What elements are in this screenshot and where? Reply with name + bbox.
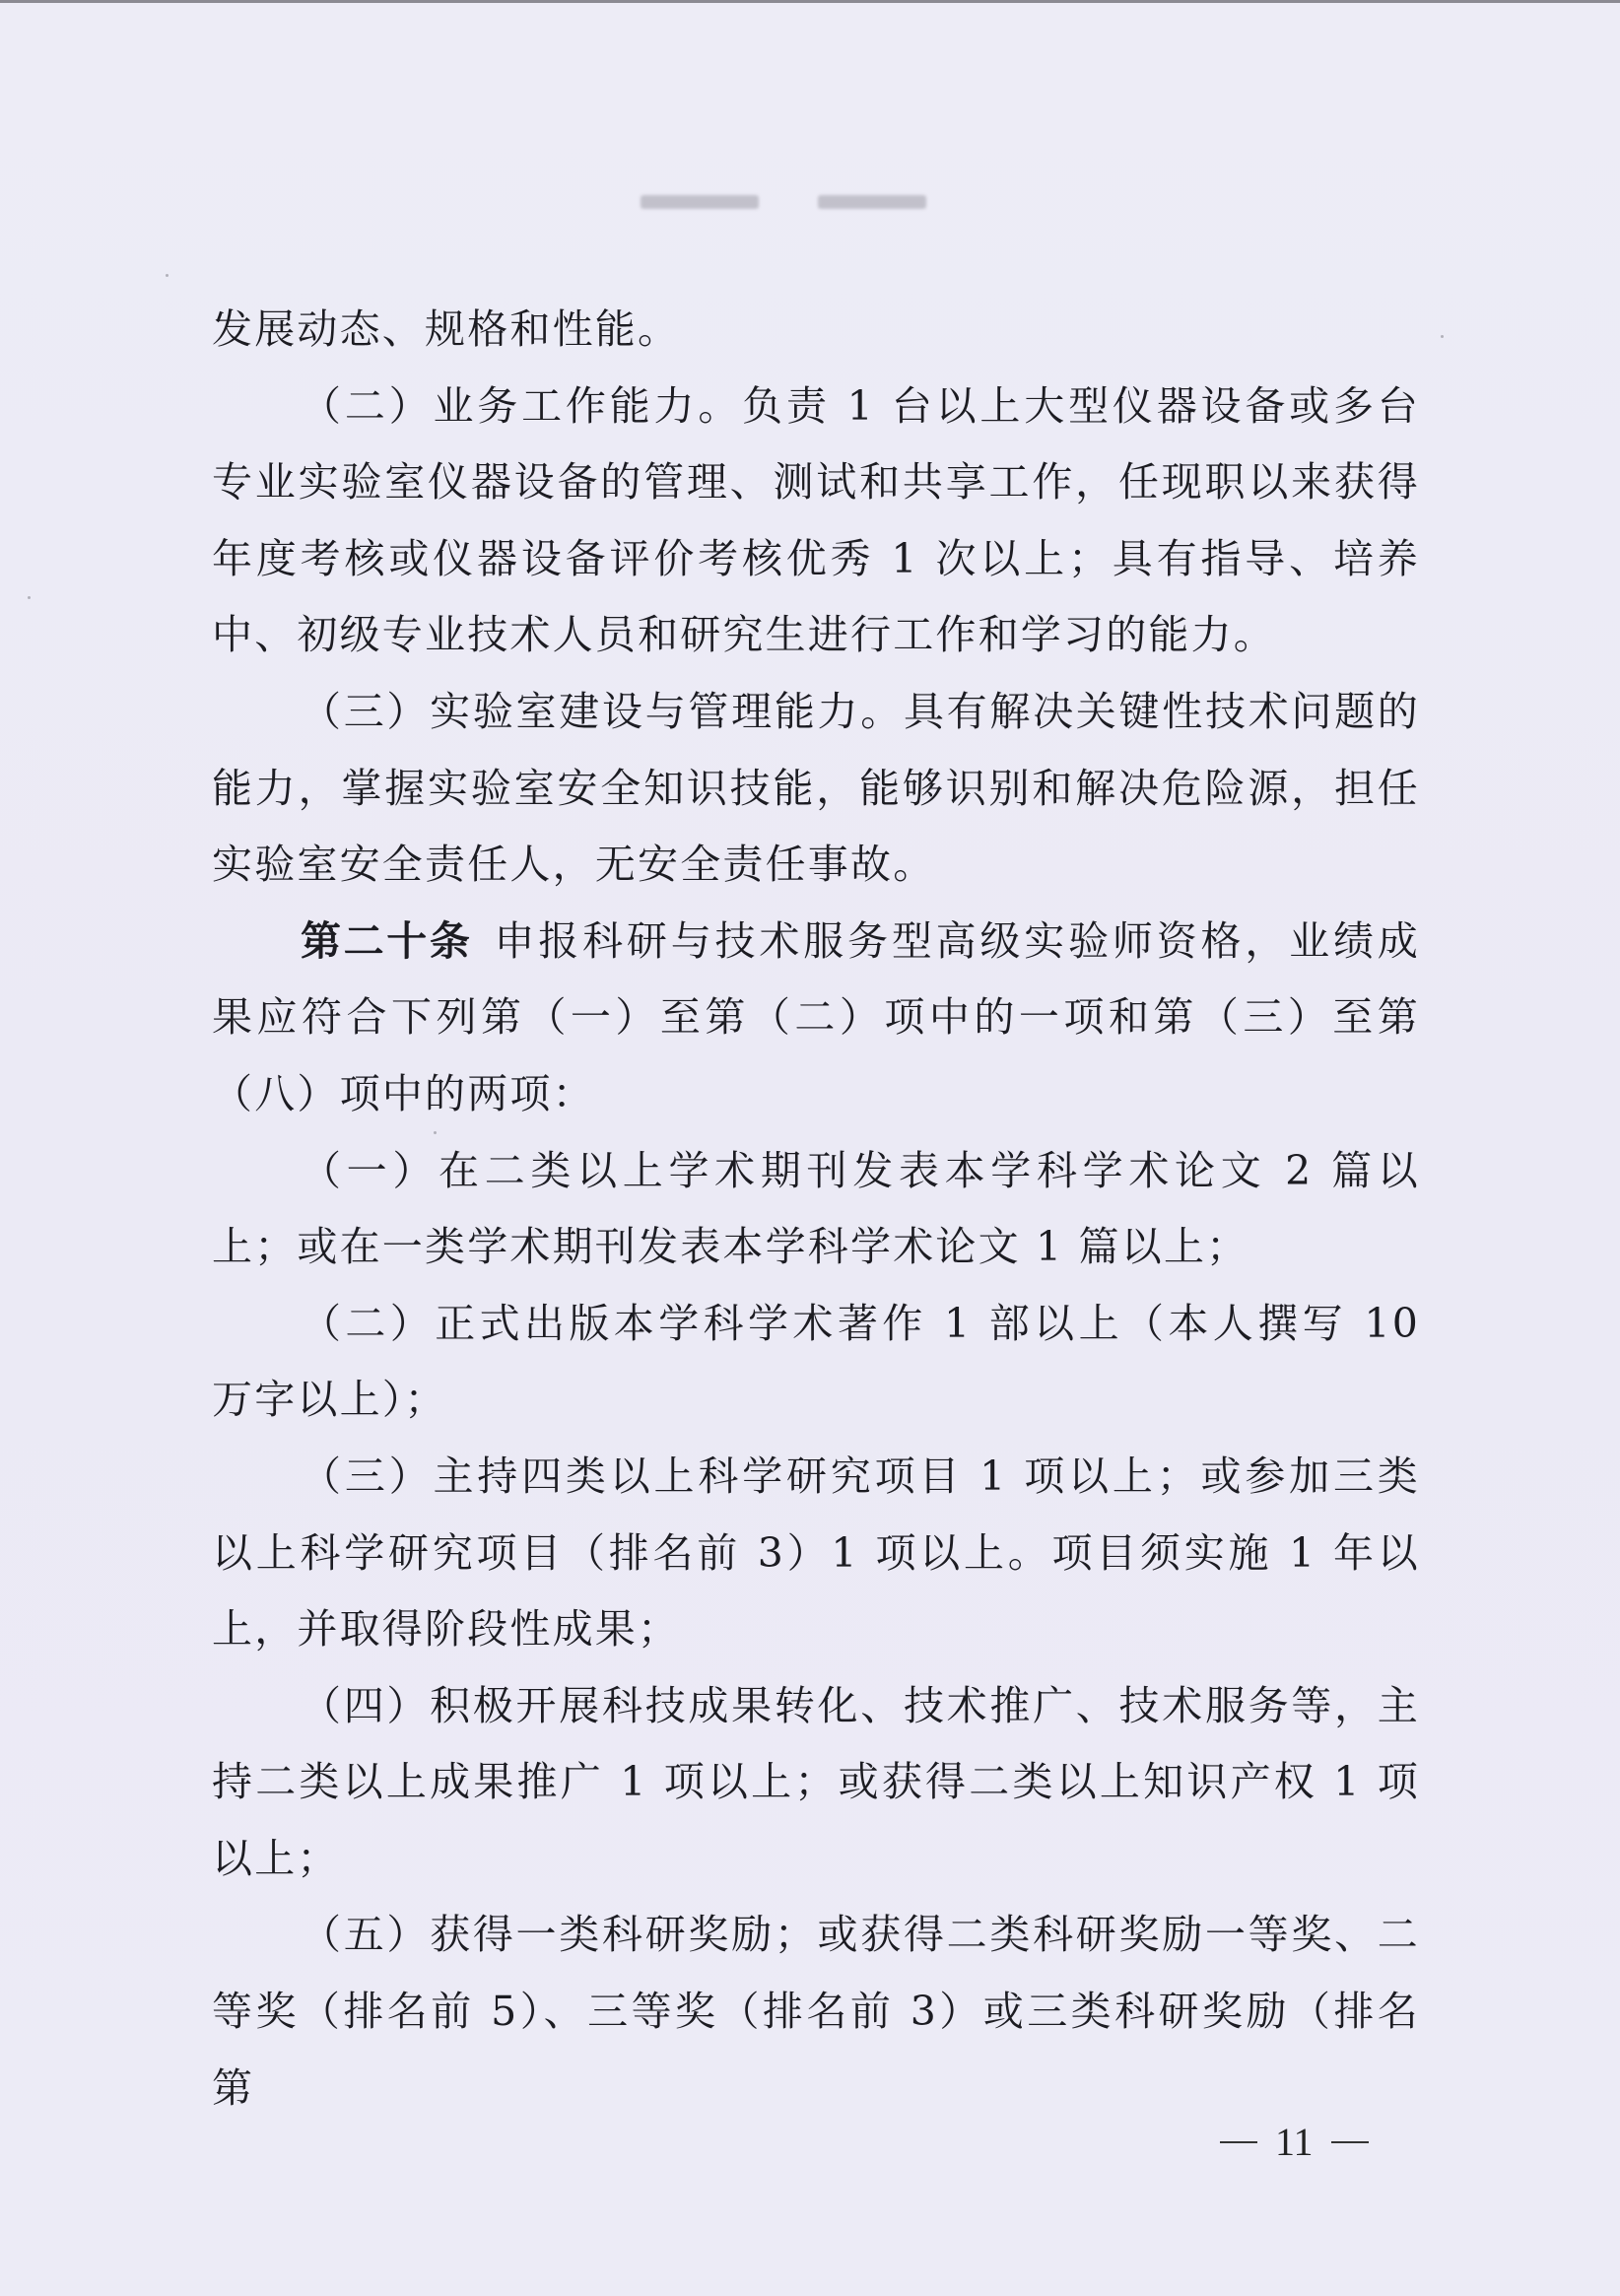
bleed-block-left bbox=[641, 195, 759, 209]
paragraph-criterion-5: （五）获得一类科研奖励；或获得二类科研奖励一等奖、二等奖（排名前 5）、三等奖（… bbox=[212, 1897, 1420, 2127]
page-number-dash-left bbox=[1220, 2141, 1257, 2143]
paragraph-continuation: 发展动态、规格和性能。 bbox=[212, 292, 1420, 369]
bleed-block-right bbox=[818, 195, 926, 209]
paragraph-criterion-2: （二）正式出版本学科学术著作 1 部以上（本人撰写 10 万字以上）； bbox=[212, 1286, 1420, 1439]
article-label: 第二十条 bbox=[301, 917, 472, 965]
header-bleed-through bbox=[641, 191, 956, 213]
scan-top-edge bbox=[0, 0, 1620, 3]
scan-speck bbox=[28, 596, 31, 599]
page-number-value: 11 bbox=[1275, 2119, 1314, 2165]
document-page: 发展动态、规格和性能。 （二）业务工作能力。负责 1 台以上大型仪器设备或多台专… bbox=[0, 0, 1620, 2296]
paragraph-article-20: 第二十条申报科研与技术服务型高级实验师资格，业绩成果应符合下列第（一）至第（二）… bbox=[212, 904, 1420, 1133]
paragraph-criterion-1: （一）在二类以上学术期刊发表本学科学术论文 2 篇以上；或在一类学术期刊发表本学… bbox=[212, 1133, 1420, 1286]
paragraph-item-2-business-ability: （二）业务工作能力。负责 1 台以上大型仪器设备或多台专业实验室仪器设备的管理、… bbox=[212, 369, 1420, 674]
page-number-dash-right bbox=[1331, 2141, 1369, 2143]
scan-speck bbox=[434, 1131, 437, 1134]
document-body: 发展动态、规格和性能。 （二）业务工作能力。负责 1 台以上大型仪器设备或多台专… bbox=[212, 292, 1420, 2127]
scan-speck bbox=[166, 274, 169, 277]
scan-speck bbox=[1441, 335, 1444, 338]
paragraph-item-3-lab-management: （三）实验室建设与管理能力。具有解决关键性技术问题的能力，掌握实验室安全知识技能… bbox=[212, 674, 1420, 904]
page-number: 11 bbox=[1220, 2119, 1417, 2165]
paragraph-criterion-4: （四）积极开展科技成果转化、技术推广、技术服务等，主持二类以上成果推广 1 项以… bbox=[212, 1668, 1420, 1898]
paragraph-criterion-3: （三）主持四类以上科学研究项目 1 项以上；或参加三类以上科学研究项目（排名前 … bbox=[212, 1439, 1420, 1668]
